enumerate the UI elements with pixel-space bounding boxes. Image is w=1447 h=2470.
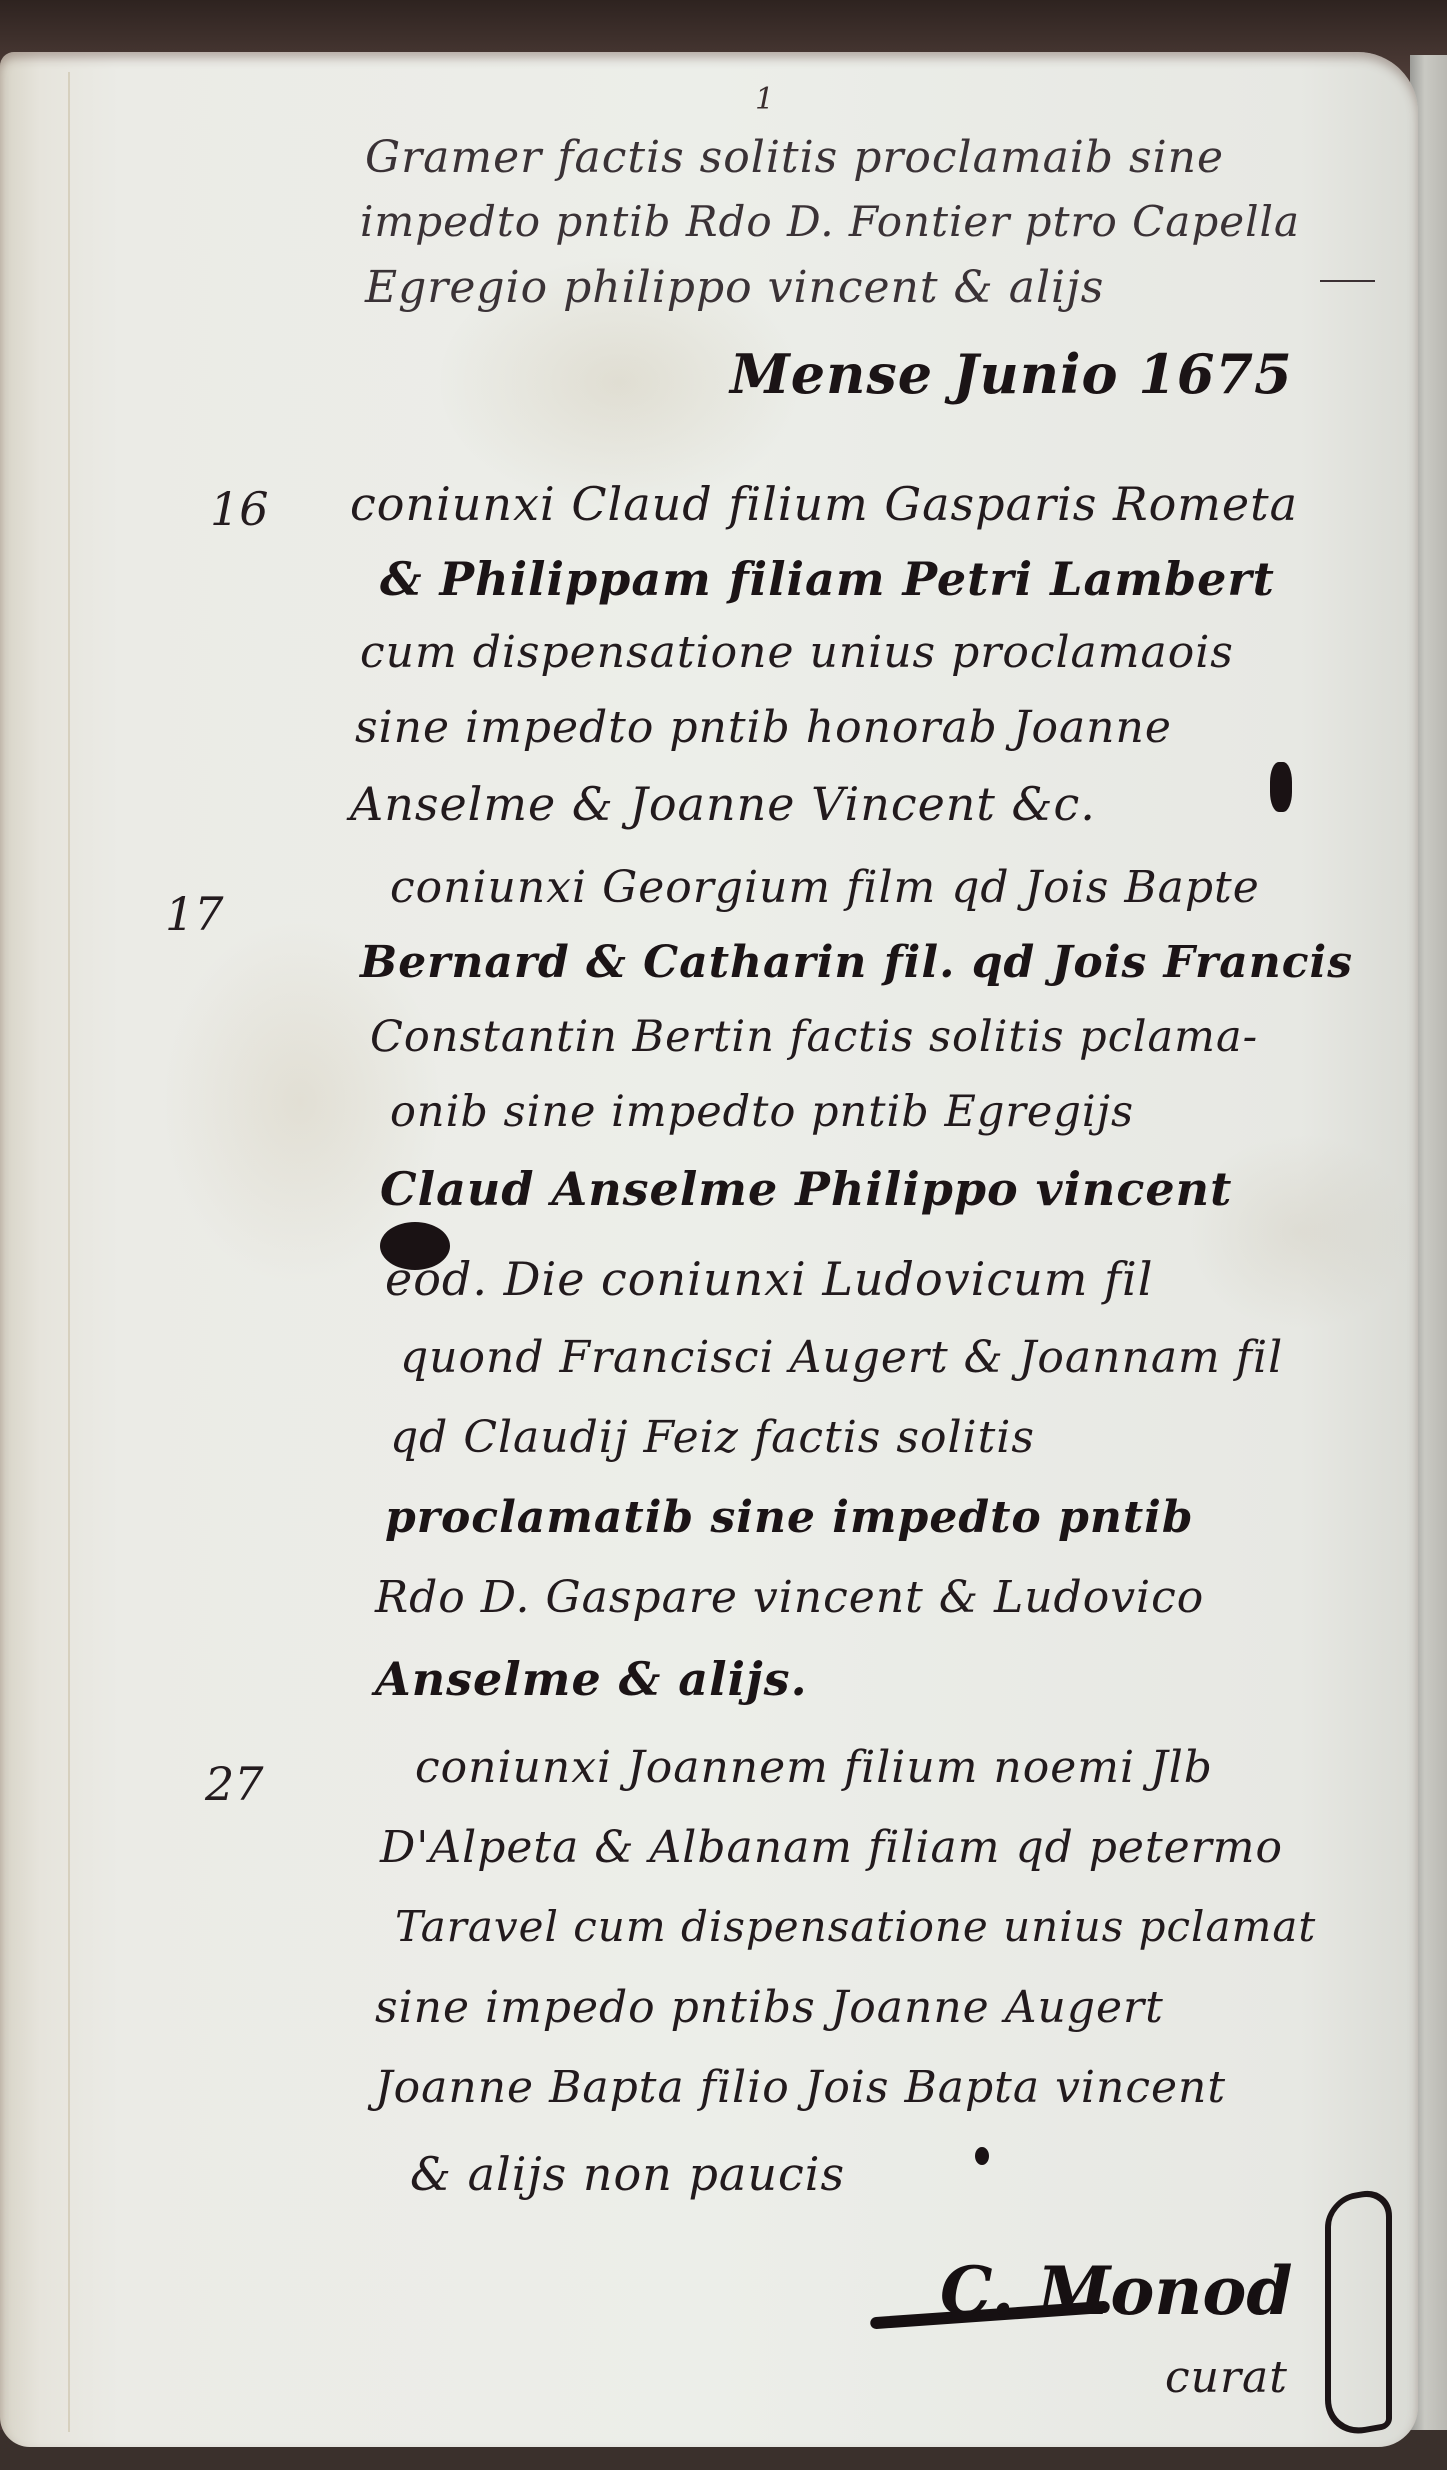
entry-27-line-5: Joanne Bapta filio Jois Bapta vincent [375,2062,1226,2113]
entry-eod-line-2: quond Francisci Augert & Joannam fil [400,1332,1283,1383]
entry-17-line-4: onib sine impedto pntib Egregijs [390,1087,1134,1137]
entry-27-line-6: & alijs non paucis [410,2147,845,2201]
entry-16-line-2: & Philippam filiam Petri Lambert [380,552,1275,606]
entry-16-line-5: Anselme & Joanne Vincent &c. [350,777,1096,831]
header-line-2: impedto pntib Rdo D. Fontier ptro Capell… [360,197,1300,246]
entry-eod-line-4: proclamatib sine impedto pntib [385,1492,1194,1543]
folio-number: 1 [755,82,774,117]
entry-27-line-3: Taravel cum dispensatione unius pclamat [395,1902,1316,1951]
header-line-3: Egregio philippo vincent & alijs [365,262,1104,313]
entry-27-line-2: D'Alpeta & Albanam filiam qd petermo [380,1822,1283,1873]
entry-17-line-3: Constantin Bertin factis solitis pclama- [370,1012,1258,1062]
entry-eod-line-3: qd Claudij Feiz factis solitis [390,1412,1035,1463]
entry-16-line-3: cum dispensatione unius proclamaois [360,627,1234,678]
entry-16-line-4: sine impedto pntib honorab Joanne [355,702,1172,753]
entry-date-17: 17 [165,887,224,941]
ink-spatter [975,2147,989,2165]
manuscript-page: 1 Gramer factis solitis proclamaib sine … [0,52,1418,2447]
entry-eod-line-1: eod. Die coniunxi Ludovicum fil [385,1252,1153,1306]
signature-paraph [1325,2186,1392,2440]
entry-eod-line-5: Rdo D. Gaspare vincent & Ludovico [375,1572,1204,1623]
entry-17-line-5: Claud Anselme Philippo vincent [380,1162,1232,1216]
entry-17-line-2: Bernard & Catharin fil. qd Jois Francis [360,937,1353,988]
entry-eod-line-6: Anselme & alijs. [375,1652,808,1706]
entry-date-16: 16 [210,482,269,536]
entry-date-27: 27 [205,1757,264,1811]
entry-27-line-4: sine impedo pntibs Joanne Augert [375,1982,1164,2033]
month-heading: Mense Junio 1675 [730,342,1293,406]
entry-17-line-1: coniunxi Georgium film qd Jois Bapte [390,862,1260,913]
line-end-dash [1320,280,1375,282]
entry-16-line-1: coniunxi Claud filium Gasparis Rometa [350,477,1298,531]
ink-blot [1270,762,1292,812]
entry-27-line-1: coniunxi Joannem filium noemi Jlb [415,1742,1213,1793]
signature-title: curat [1165,2352,1288,2403]
header-line-1: Gramer factis solitis proclamaib sine [365,132,1224,183]
signature-name: C. Monod [940,2252,1293,2330]
